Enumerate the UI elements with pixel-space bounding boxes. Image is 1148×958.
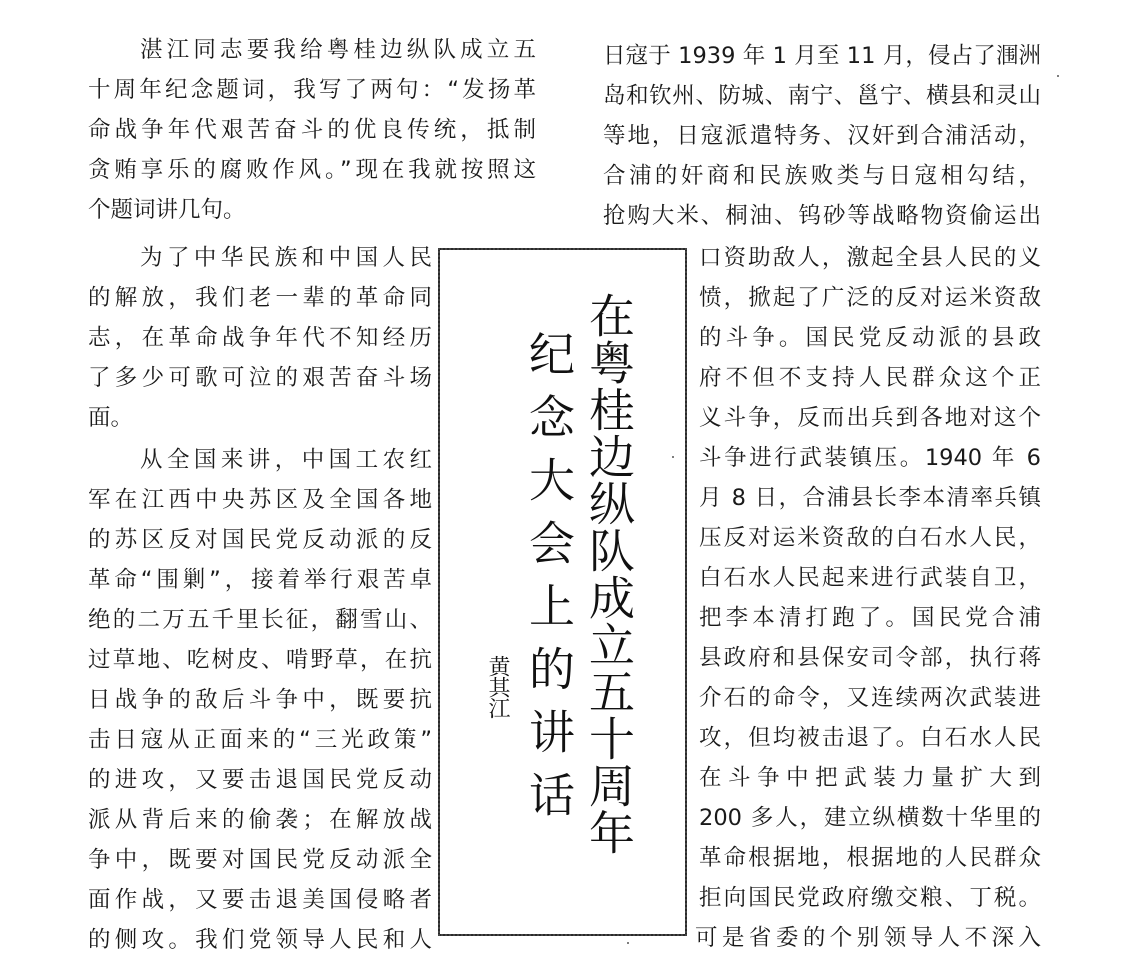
paragraph-line: 府不但不支持人民群众这个正 — [699, 358, 1041, 398]
paragraph-line: 个题词讲几句。 — [88, 190, 536, 230]
paragraph-line: 岛和钦州、防城、南宁、邕宁、横县和灵山 — [603, 76, 1041, 116]
paragraph-line: 志，在革命战争年代不知经历 — [88, 318, 432, 358]
paragraph-line: 口资助敌人，激起全县人民的义 — [699, 238, 1041, 278]
paragraph-line: 面。 — [88, 398, 432, 438]
paragraph-line: 从全国来讲，中国工农红 — [88, 440, 432, 480]
paragraph-line: 的苏区反对国民党反动派的反 — [88, 520, 432, 560]
paragraph-line: 介石的命令，又连续两次武装进 — [699, 678, 1041, 718]
paragraph-line: 贪贿享乐的腐败作风。”现在我就按照这 — [88, 150, 536, 190]
paragraph-line: 军在江西中央苏区及全国各地 — [88, 480, 432, 520]
paragraph-line: 十周年纪念题词，我写了两句：“发扬革 — [88, 70, 536, 110]
paragraph-line: 革命“围剿”，接着举行艰苦卓 — [88, 560, 432, 600]
paragraph-line: 白石水人民起来进行武装自卫， — [699, 558, 1041, 598]
paragraph-line: 的解放，我们老一辈的革命同 — [88, 278, 432, 318]
paragraph-line: 等地，日寇派遣特务、汉奸到合浦活动， — [603, 116, 1041, 156]
paragraph-line: 日战争的敌后斗争中，既要抗 — [88, 680, 432, 720]
paragraph-line: 把李本清打跑了。国民党合浦 — [699, 598, 1041, 638]
author-name: 黄其江 — [485, 655, 509, 718]
paragraph-line: 200 多人，建立纵横数十华里的 — [699, 798, 1041, 838]
paragraph-line: 拒向国民党政府缴交粮、丁税。 — [699, 878, 1041, 918]
paragraph-line: 命战争年代艰苦奋斗的优良传统，抵制 — [88, 110, 536, 150]
paragraph-line: 愤，掀起了广泛的反对运米资敌 — [699, 278, 1041, 318]
paragraph-line: 合浦的奸商和民族败类与日寇相勾结， — [603, 156, 1041, 196]
article-title-continued: 纪念大会上的讲话 — [524, 330, 574, 834]
paragraph-line: 在斗争中把武装力量扩大到 — [699, 758, 1041, 798]
paragraph-line: 义斗争，反而出兵到各地对这个 — [699, 398, 1041, 438]
paragraph-line: 面作战，又要击退美国侵略者 — [88, 880, 432, 920]
paragraph-line: 压反对运米资敌的白石水人民， — [699, 518, 1041, 558]
paragraph-line: 击日寇从正面来的“三光政策” — [88, 720, 432, 760]
scan-speck — [672, 456, 674, 458]
paragraph-line: 派从背后来的偷袭；在解放战 — [88, 800, 432, 840]
paragraph-line: 攻，但均被击退了。白石水人民 — [699, 718, 1041, 758]
paragraph-line: 县政府和县保安司令部，执行蒋 — [699, 638, 1041, 678]
paragraph-line: 日寇于 1939 年 1 月至 11 月，侵占了涠洲 — [603, 36, 1041, 76]
paragraph-line: 革命根据地，根据地的人民群众 — [699, 838, 1041, 878]
paragraph-line: 的侧攻。我们党领导人民和人 — [88, 920, 432, 958]
scan-speck — [627, 942, 629, 944]
paragraph-line: 绝的二万五千里长征，翻雪山、 — [88, 600, 432, 640]
paragraph-line: 为了中华民族和中国人民 — [88, 238, 432, 278]
paragraph-line: 抢购大米、桐油、钨砂等战略物资偷运出 — [603, 196, 1041, 236]
paragraph-line: 斗争进行武装镇压。1940 年 6 — [699, 438, 1041, 478]
paragraph-line: 湛江同志要我给粤桂边纵队成立五 — [88, 30, 536, 70]
paragraph-line: 月 8 日，合浦县长李本清率兵镇 — [699, 478, 1041, 518]
paragraph-line: 争中，既要对国民党反动派全 — [88, 840, 432, 880]
paragraph-line: 的斗争。国民党反动派的县政 — [699, 318, 1041, 358]
paragraph-line: 的进攻，又要击退国民党反动 — [88, 760, 432, 800]
paragraph-line: 了多少可歌可泣的艰苦奋斗场 — [88, 358, 432, 398]
article-right-column: 日寇于 1939 年 1 月至 11 月，侵占了涠洲 岛和钦州、防城、南宁、邕宁… — [603, 36, 1041, 956]
scan-speck — [1057, 75, 1059, 77]
paragraph-line: 可是省委的个别领导人不深入 — [695, 918, 1041, 958]
paragraph-line: 过草地、吃树皮、啃野草，在抗 — [88, 640, 432, 680]
